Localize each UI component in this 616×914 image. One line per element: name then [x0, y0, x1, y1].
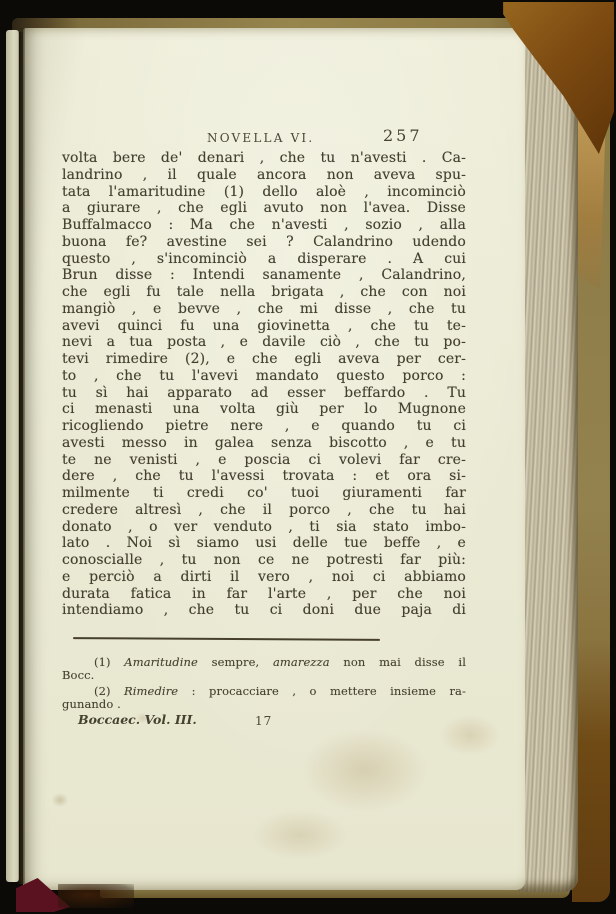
page-header: NOVELLA VI. 257 — [62, 128, 466, 148]
footnote-1-line-2: Bocc. — [62, 669, 466, 682]
body-line: lato . Noi sì siamo usi delle tue beffe … — [62, 535, 466, 552]
page-edges-stack — [518, 28, 578, 892]
body-line: questo , s'incominciò a disperare . A cu… — [62, 251, 466, 268]
volume-label: Boccaec. Vol. III. — [78, 712, 197, 727]
body-line: buona fe? avestine sei ? Calandrino uden… — [62, 234, 466, 251]
running-title: NOVELLA VI. — [207, 131, 314, 145]
footnote-2-line-1: (2) Rimedire : procacciare , o mettere i… — [62, 685, 466, 698]
body-line: Brun disse : Intendi sanamente , Calandr… — [62, 267, 466, 284]
body-line: volta bere de' denari , che tu n'avesti … — [62, 150, 466, 167]
body-line: nevi a tua posta , e davile ciò , che tu… — [62, 334, 466, 351]
footnote-2-term: Rimedire — [124, 684, 178, 698]
body-line: Buffalmacco : Ma che n'avesti , sozio , … — [62, 217, 466, 234]
body-line: e perciò a dirti il vero , noi ci abbiam… — [62, 569, 466, 586]
body-line: milmente ti credi co' tuoi giuramenti fa… — [62, 485, 466, 502]
body-line: landrino , il quale ancora non aveva spu… — [62, 167, 466, 184]
footnote-1-line-1: (1) Amaritudine sempre, amarezza non mai… — [62, 656, 466, 669]
body-line: avesti messo in galea senza biscotto , e… — [62, 435, 466, 452]
footnote-1-marker: (1) — [94, 655, 124, 669]
body-line: mangiò , e bevve , che mi disse , che tu — [62, 301, 466, 318]
body-line: che egli fu tale nella brigata , che con… — [62, 284, 466, 301]
gutter-shadow — [18, 28, 25, 884]
body-line: a giurare , che egli avuto non l'avea. D… — [62, 200, 466, 217]
footnote-2-marker: (2) — [94, 684, 124, 698]
body-line: tata l'amaritudine (1) dello aloè , inco… — [62, 184, 466, 201]
body-line: tevi rimedire (2), e che egli aveva per … — [62, 351, 466, 368]
body-line: tu sì hai apparato ad esser beffardo . T… — [62, 385, 466, 402]
body-line: credere altresì , che il porco , che tu … — [62, 502, 466, 519]
footnotes: (1) Amaritudine sempre, amarezza non mai… — [62, 656, 466, 711]
body-line: intendiamo , che tu ci doni due paja di — [62, 602, 466, 619]
body-line: te ne venisti , e poscia ci volevi far c… — [62, 452, 466, 469]
footnote-2-line-2: gunando . — [62, 698, 466, 711]
book-scan: NOVELLA VI. 257 volta bere de' denari , … — [0, 0, 616, 914]
binding-shadow — [58, 884, 134, 908]
body-line: to , che tu l'avevi mandato questo porco… — [62, 368, 466, 385]
footnote-1-term: Amaritudine — [124, 655, 198, 669]
footnote-1-rest: non mai disse il — [330, 655, 466, 669]
body-text: volta bere de' denari , che tu n'avesti … — [62, 150, 466, 619]
signature-line: Boccaec. Vol. III. 17 — [78, 712, 466, 730]
footnote-1-term-2: amarezza — [273, 655, 330, 669]
body-line: conoscialle , tu non ce ne potresti far … — [62, 552, 466, 569]
body-line: ricogliendo pietre nere , e quando tu ci — [62, 418, 466, 435]
body-line: durata fatica in far l'arte , per che no… — [62, 586, 466, 603]
body-line: dere , che tu l'avessi trovata : et ora … — [62, 468, 466, 485]
body-line: avevi quinci fu una giovinetta , che tu … — [62, 318, 466, 335]
body-line: donato , o ver venduto , ti sia stato im… — [62, 519, 466, 536]
footnote-2-rest: : procacciare , o mettere insieme ra- — [178, 684, 466, 698]
body-line: ci menasti una volta giù per lo Mugnone — [62, 401, 466, 418]
page-number: 257 — [383, 126, 423, 145]
footnote-1-mid: sempre, — [198, 655, 273, 669]
gathering-number: 17 — [255, 714, 272, 728]
